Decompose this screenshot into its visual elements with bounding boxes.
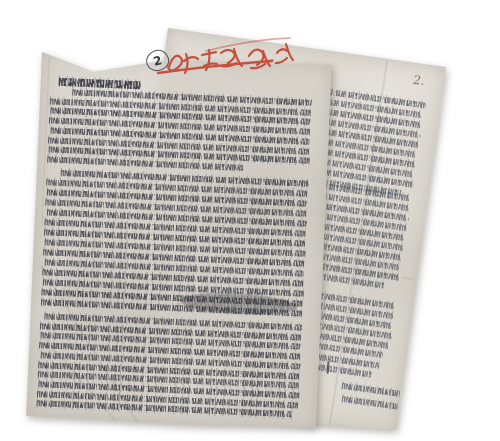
paper-sheet [26, 52, 332, 430]
document-photo: 2. 2 [0, 0, 500, 441]
page-number-pencil: 2. [413, 73, 426, 88]
manuscript-page-front [26, 52, 332, 430]
handwritten-heading-line [59, 78, 141, 89]
handwritten-text-line [342, 396, 398, 409]
